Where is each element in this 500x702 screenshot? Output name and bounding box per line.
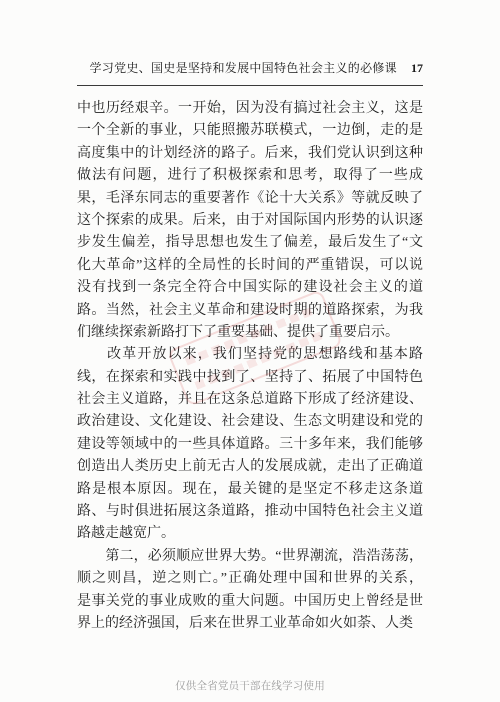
running-header: 学习党史、国史是坚持和发展中国特色社会主义的必修课17 xyxy=(89,60,423,76)
text-line: 没有找到一条完全符合中国实际的建设社会主义的道 xyxy=(77,277,423,299)
header-rule xyxy=(77,85,423,86)
footer-notice: 仅供全省党员干部在线学习使用 xyxy=(0,679,500,693)
text-line: 步发生偏差，指导思想也发生了偏差，最后发生了“文 xyxy=(77,232,423,254)
text-line: 路是根本原因。现在，最关键的是坚定不移走这条道 xyxy=(77,479,423,501)
text-line: 界上的经济强国，后来在世界工业革命如火如荼、人类 xyxy=(77,613,423,635)
text-line: 果，毛泽东同志的重要著作《论十大关系》等就反映了 xyxy=(77,188,423,210)
text-line: 这个探索的成果。后来，由于对国际国内形势的认识逐 xyxy=(77,210,423,232)
text-line: 中也历经艰辛。一开始，因为没有搞过社会主义，这是 xyxy=(77,98,423,120)
text-line: 路越走越宽广。 xyxy=(77,523,423,545)
text-line: 做法有问题，进行了积极探索和思考，取得了一些成 xyxy=(77,165,423,187)
text-line: 是事关党的事业成败的重大问题。中国历史上曾经是世 xyxy=(77,591,423,613)
text-line: 建设等领域中的一些具体道路。三十多年来，我们能够 xyxy=(77,434,423,456)
body-text: 中也历经艰辛。一开始，因为没有搞过社会主义，这是一个全新的事业，只能照搬苏联模式… xyxy=(77,98,423,635)
text-line: 政治建设、文化建设、社会建设、生态文明建设和党的 xyxy=(77,411,423,433)
text-line: 一个全新的事业，只能照搬苏联模式，一边倒，走的是 xyxy=(77,120,423,142)
text-line: 线，在探索和实践中找到了、坚持了、拓展了中国特色 xyxy=(77,367,423,389)
text-line: 们继续探索新路打下了重要基础、提供了重要启示。 xyxy=(77,322,423,344)
running-title: 学习党史、国史是坚持和发展中国特色社会主义的必修课 xyxy=(89,61,397,75)
text-line: 路。当然，社会主义革命和建设时期的道路探索，为我 xyxy=(77,300,423,322)
text-line: 顺之则昌，逆之则亡。”正确处理中国和世界的关系， xyxy=(77,568,423,590)
text-line: 路、与时俱进拓展这条道路，推动中国特色社会主义道 xyxy=(77,501,423,523)
text-line: 创造出人类历史上前无古人的发展成就，走出了正确道 xyxy=(77,456,423,478)
text-line: 改革开放以来，我们坚持党的思想路线和基本路 xyxy=(77,344,423,366)
text-line: 化大革命”这样的全局性的长时间的严重错误，可以说 xyxy=(77,255,423,277)
text-line: 第二，必须顺应世界大势。“世界潮流，浩浩荡荡， xyxy=(77,546,423,568)
book-page: 学习党史、国史是坚持和发展中国特色社会主义的必修课17 中也历经艰辛。一开始，因… xyxy=(0,0,500,702)
text-line: 高度集中的计划经济的路子。后来，我们党认识到这种 xyxy=(77,143,423,165)
page-number: 17 xyxy=(411,61,423,75)
text-line: 社会主义道路，并且在这条总道路下形成了经济建设、 xyxy=(77,389,423,411)
